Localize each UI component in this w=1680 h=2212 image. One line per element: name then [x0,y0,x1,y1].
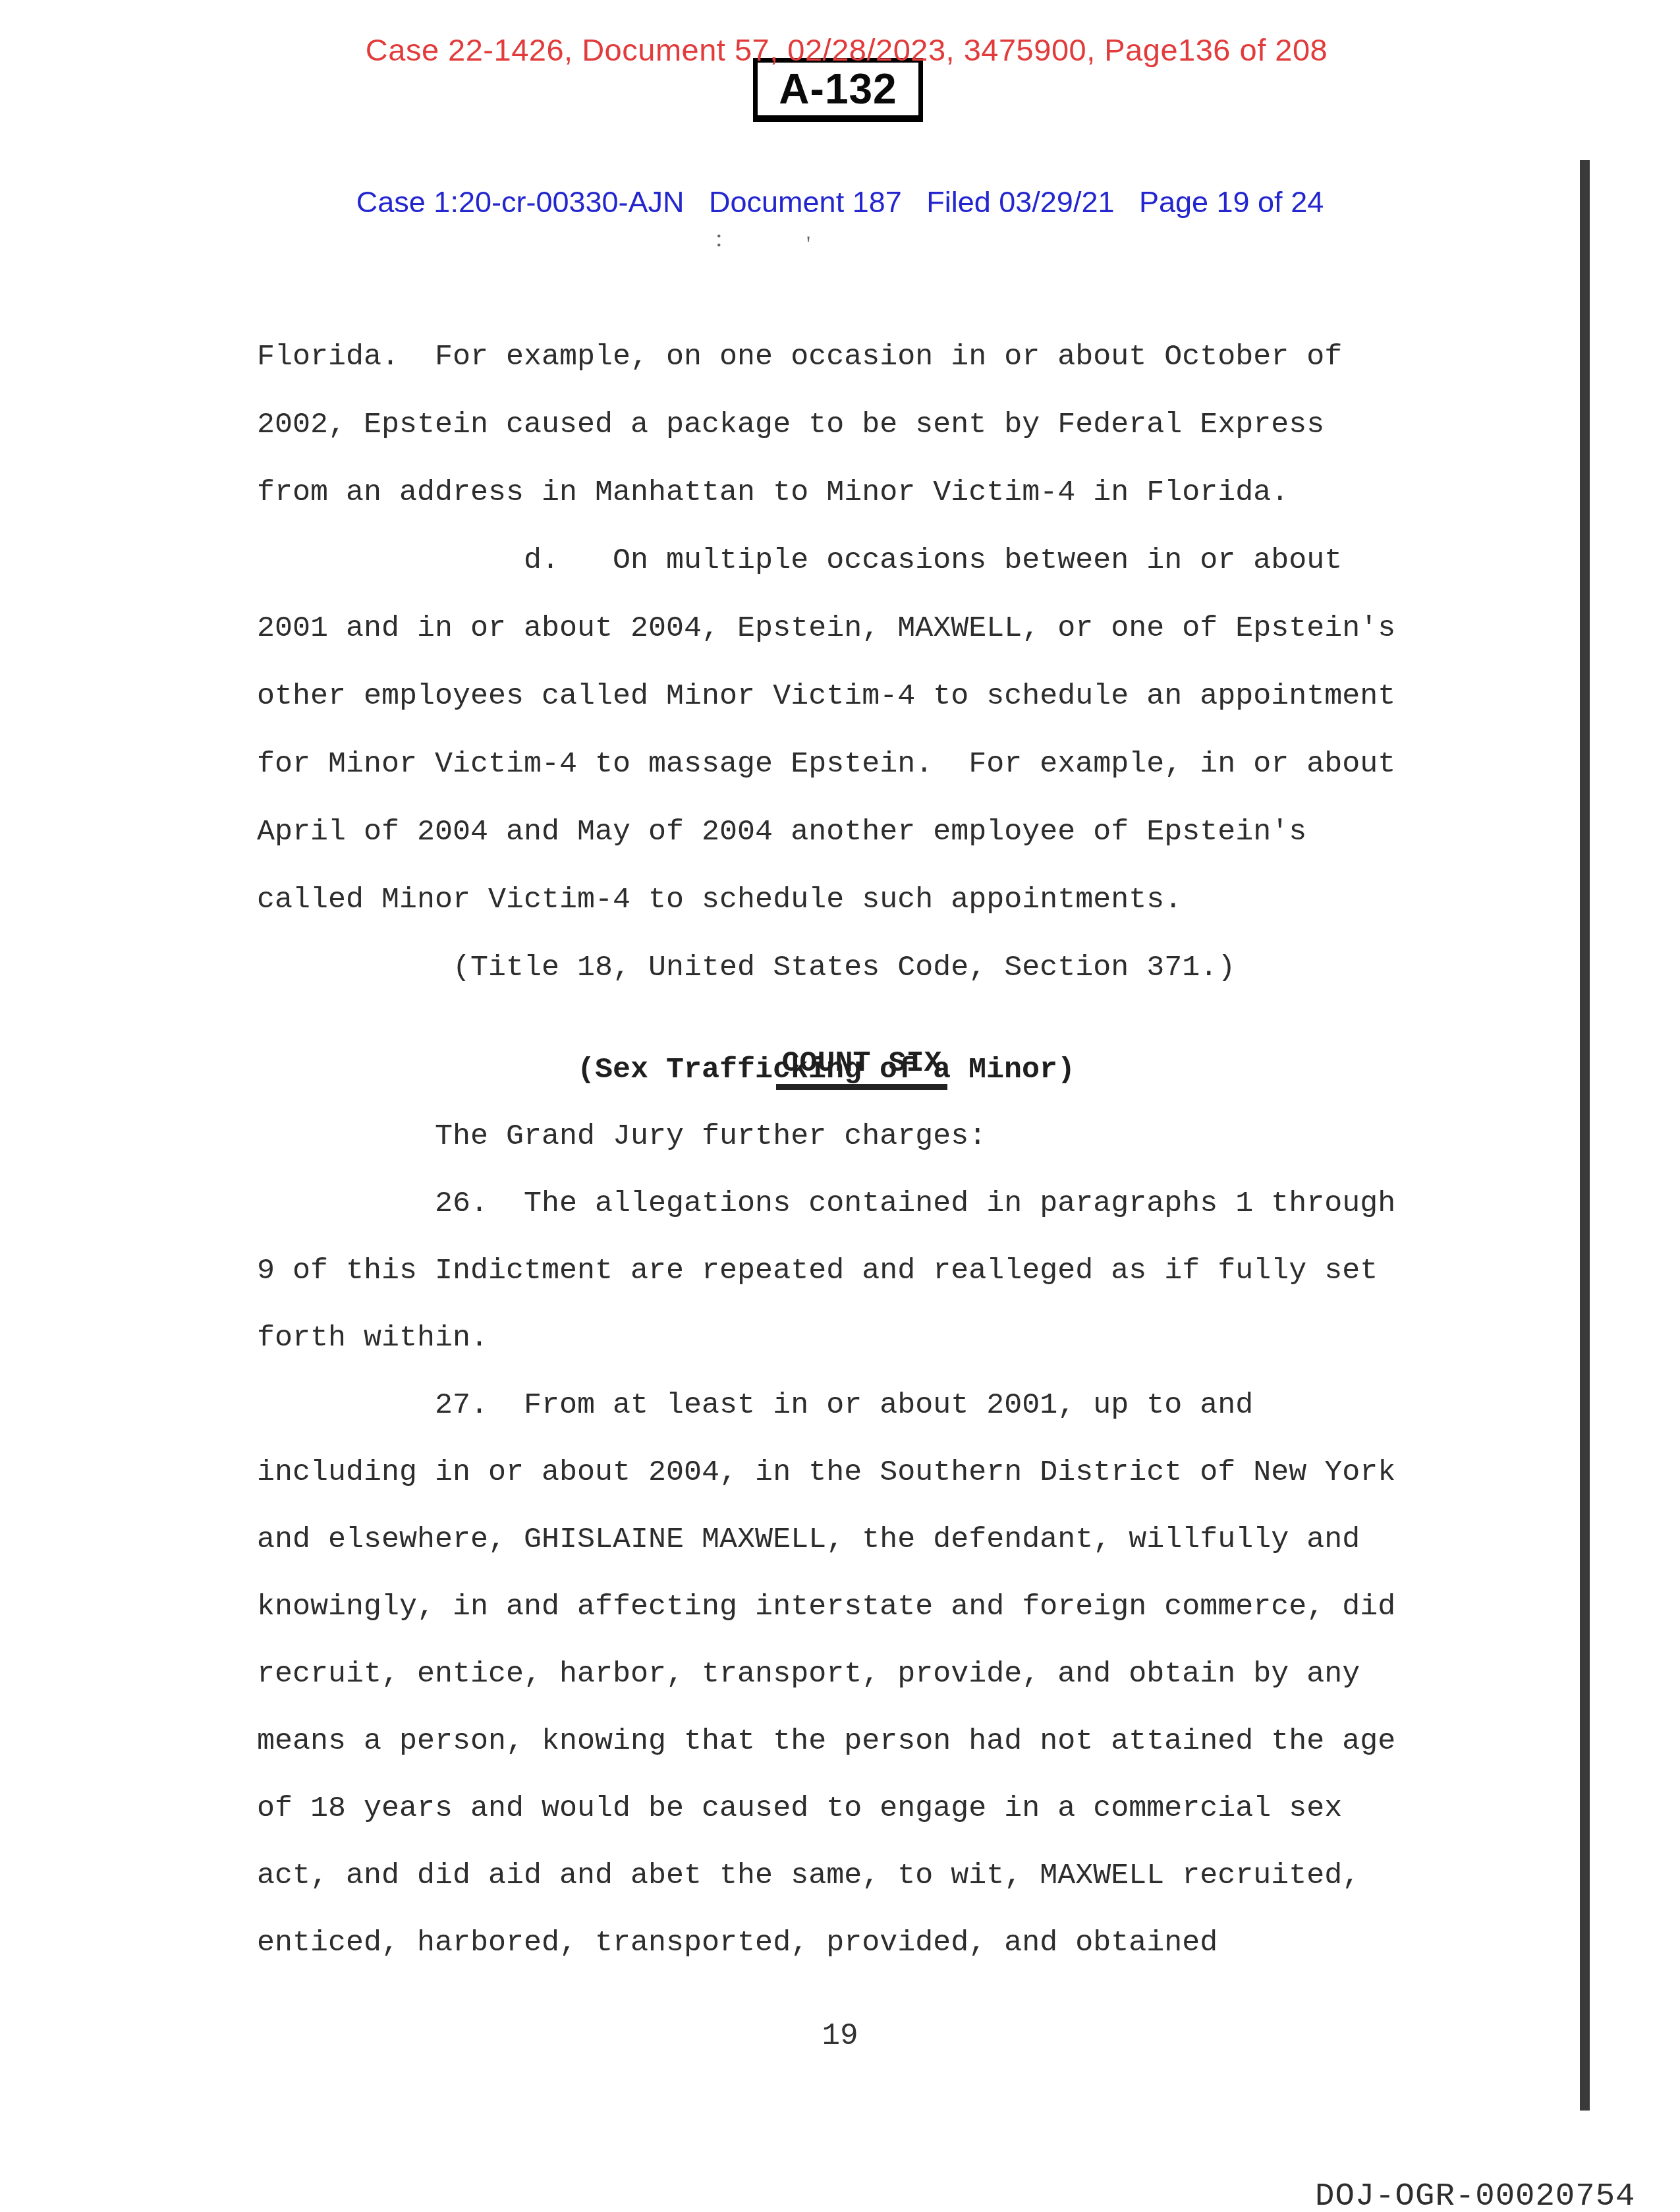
body-line: Florida. For example, on one occasion in… [257,342,1342,372]
scan-artifact-mark: ' [806,232,810,257]
body-line: for Minor Victim-4 to massage Epstein. F… [257,749,1395,780]
body-line: recruit, entice, harbor, transport, prov… [257,1659,1360,1689]
body-line: The Grand Jury further charges: [257,1121,986,1152]
body-line: d. On multiple occasions between in or a… [257,546,1342,576]
body-line: other employees called Minor Victim-4 to… [257,681,1395,712]
body-line: called Minor Victim-4 to schedule such a… [257,885,1182,915]
body-line: enticed, harbored, transported, provided… [257,1928,1218,1958]
page-number: 19 [0,2019,1680,2053]
scan-binder-edge-bar [1580,160,1590,2111]
statute-citation-line: (Title 18, United States Code, Section 3… [257,953,1235,983]
document-page: Case 22-1426, Document 57, 02/28/2023, 3… [0,0,1680,2212]
body-line: 9 of this Indictment are repeated and re… [257,1256,1378,1286]
body-line: from an address in Manhattan to Minor Vi… [257,478,1289,508]
body-line: means a person, knowing that the person … [257,1726,1395,1757]
body-line: forth within. [257,1323,488,1353]
body-line: 26. The allegations contained in paragra… [257,1189,1395,1219]
body-line: including in or about 2004, in the South… [257,1458,1395,1488]
exhibit-stamp-label: A-132 [779,65,897,113]
bates-number: DOJ-OGR-00020754 [1315,2178,1635,2212]
body-line: knowingly, in and affecting interstate a… [257,1592,1395,1622]
body-line: act, and did aid and abet the same, to w… [257,1861,1360,1891]
body-line: 27. From at least in or about 2001, up t… [257,1390,1253,1421]
body-line: of 18 years and would be caused to engag… [257,1794,1342,1824]
count-six-subheading: (Sex Trafficking of a Minor) [257,1055,1395,1085]
body-line: April of 2004 and May of 2004 another em… [257,817,1306,847]
appellate-case-caption: Case 22-1426, Document 57, 02/28/2023, 3… [0,32,1680,68]
body-line: 2002, Epstein caused a package to be sen… [257,410,1324,440]
scan-artifact-mark: : [715,224,723,253]
body-line: 2001 and in or about 2004, Epstein, MAXW… [257,613,1395,644]
body-line: and elsewhere, GHISLAINE MAXWELL, the de… [257,1525,1360,1555]
district-court-caption: Case 1:20-cr-00330-AJN Document 187 File… [0,185,1680,219]
